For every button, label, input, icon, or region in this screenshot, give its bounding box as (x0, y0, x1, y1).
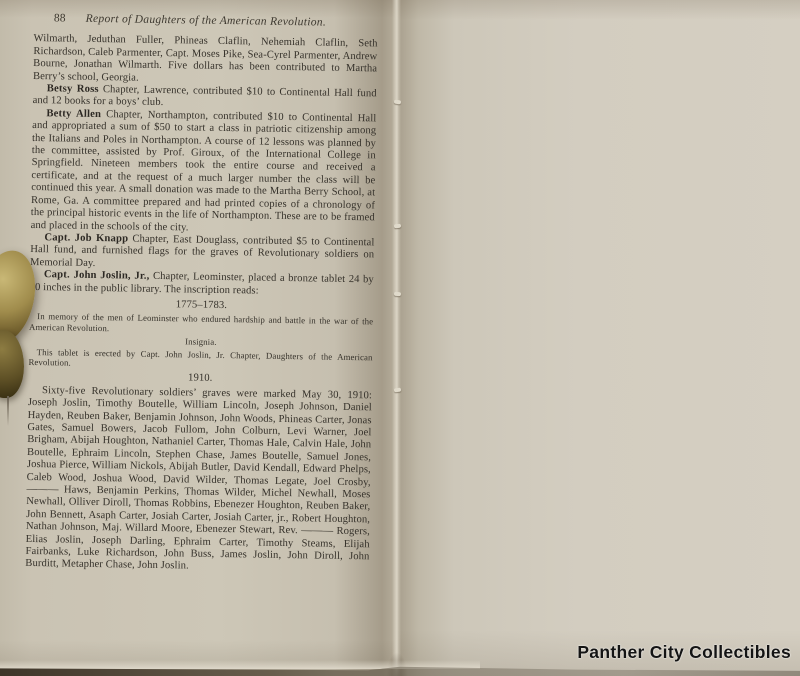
paragraph-capt-john-joslin: Capt. John Joslin, Jr., Chapter, Leomins… (30, 269, 374, 299)
left-running-head: 88 Report of Daughters of the American R… (34, 12, 378, 30)
binding-stitch (394, 100, 401, 105)
tablet-inscription: In memory of the men of Leominster who e… (29, 311, 373, 337)
paragraph-betty-allen: Betty Allen Chapter, Northampton, contri… (31, 108, 377, 237)
brass-thread (7, 396, 9, 426)
chapter-name: Capt. John Joslin, Jr., (44, 269, 150, 282)
running-head-title: Report of Daughters of the American Revo… (80, 13, 332, 29)
chapter-name: Capt. Job Knapp (44, 232, 128, 244)
watermark-text: Panther City Collectibles (577, 642, 791, 663)
paragraph-wilmarth-continuation: Wilmarth, Jeduthan Fuller, Phineas Clafl… (33, 33, 378, 88)
left-page-content: 88 Report of Daughters of the American R… (25, 12, 378, 576)
tablet-erected-by: This tablet is erected by Capt. John Jos… (28, 347, 372, 373)
chapter-name: Betty Allen (46, 108, 101, 120)
head-spacer (332, 26, 378, 27)
paragraph-capt-job-knapp: Capt. Job Knapp Chapter, East Douglass, … (30, 232, 375, 275)
paragraph-graves-marked-names: Sixty-five Revolutionary soldiers’ grave… (25, 385, 372, 576)
left-page: 88 Report of Daughters of the American R… (0, 0, 398, 676)
book-photo: 88 Report of Daughters of the American R… (0, 0, 800, 676)
paragraph-text: Chapter, Northampton, contributed $10 to… (31, 109, 377, 233)
right-page: Report of Daughters of the American Revo… (398, 0, 800, 676)
page-number-88: 88 (34, 12, 80, 25)
binding-stitch (394, 292, 401, 297)
chapter-name: Betsy Ross (47, 83, 99, 95)
